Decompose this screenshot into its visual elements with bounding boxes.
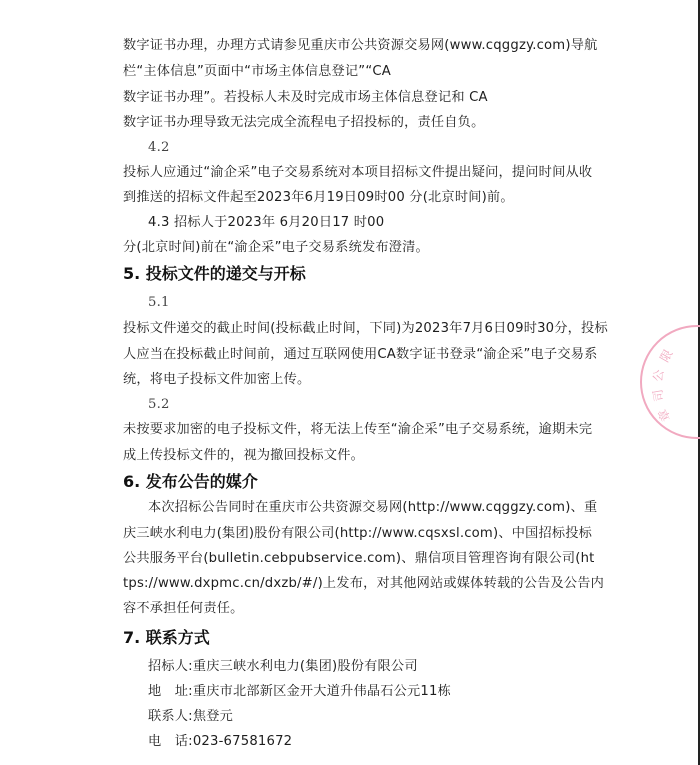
company-seal-stamp: 限 公 司 章 xyxy=(640,325,700,439)
stamp-char: 司 xyxy=(649,388,668,403)
stamp-char: 公 xyxy=(649,368,668,383)
contact-tenderer: 招标人:重庆三峡水利电力(集团)股份有限公司 xyxy=(148,657,418,677)
body-line: 分(北京时间)前在“渝企采”电子交易系统发布澄清。 xyxy=(123,238,429,258)
contact-label: 地 址: xyxy=(148,684,193,699)
body-line: 人应当在投标截止时间前，通过互联网使用CA数字证书登录“渝企采”电子交易系 xyxy=(123,345,597,365)
contact-person: 联系人:焦登元 xyxy=(148,707,233,727)
section-heading-5: 5. 投标文件的递交与开标 xyxy=(123,263,306,285)
contact-value: 重庆市北部新区金开大道升伟晶石公元11栋 xyxy=(193,684,451,699)
clause-number: 5.2 xyxy=(148,395,170,415)
contact-value: 重庆三峡水利电力(集团)股份有限公司 xyxy=(193,659,418,674)
clause-number: 5.1 xyxy=(148,293,170,313)
body-line: 数字证书办理导致无法完成全流程电子招投标的，责任自负。 xyxy=(123,113,484,133)
section-heading-7: 7. 联系方式 xyxy=(123,627,210,649)
body-line: 数字证书办理”。若投标人未及时完成市场主体信息登记和 CA xyxy=(123,88,488,108)
body-line: 4.3 招标人于2023年 6月20日17 时00 xyxy=(148,213,384,233)
clause-number: 4.2 xyxy=(148,138,170,158)
contact-address: 地 址:重庆市北部新区金开大道升伟晶石公元11栋 xyxy=(148,682,451,702)
contact-value: 焦登元 xyxy=(193,709,233,724)
body-line: 未按要求加密的电子投标文件，将无法上传至“渝企采”电子交易系统，逾期未完 xyxy=(123,420,592,440)
stamp-char: 限 xyxy=(656,346,677,365)
body-line: 到推送的招标文件起至2023年6月19日09时00 分(北京时间)前。 xyxy=(123,188,514,208)
body-line: 统，将电子投标文件加密上传。 xyxy=(123,370,310,390)
body-line: 本次招标公告同时在重庆市公共资源交易网(http://www.cqggzy.co… xyxy=(148,498,597,518)
document-page: 数字证书办理，办理方式请参见重庆市公共资源交易网(www.cqggzy.com)… xyxy=(0,0,700,765)
body-line: 投标文件递交的截止时间(投标截止时间，下同)为2023年7月6日09时30分，投… xyxy=(123,319,608,339)
body-line: 庆三峡水利电力(集团)股份有限公司(http://www.cqsxsl.com)… xyxy=(123,524,592,544)
contact-label: 电 话: xyxy=(148,734,193,749)
contact-value: 023-67581672 xyxy=(193,734,292,749)
body-line: 数字证书办理，办理方式请参见重庆市公共资源交易网(www.cqggzy.com)… xyxy=(123,36,597,56)
body-line: 成上传投标文件的，视为撤回投标文件。 xyxy=(123,446,364,466)
contact-label: 招标人: xyxy=(148,659,193,674)
body-line: 公共服务平台(bulletin.cebpubservice.com)、鼎信项目管… xyxy=(123,549,595,569)
body-line: 投标人应通过“渝企采”电子交易系统对本项目招标文件提出疑问，提问时间从收 xyxy=(123,163,592,183)
section-heading-6: 6. 发布公告的媒介 xyxy=(123,471,258,493)
stamp-char: 章 xyxy=(654,406,674,424)
body-line: 容不承担任何责任。 xyxy=(123,599,244,619)
contact-label: 联系人: xyxy=(148,709,193,724)
contact-phone: 电 话:023-67581672 xyxy=(148,732,292,752)
body-line: 栏“主体信息”页面中“市场主体信息登记”“CA xyxy=(123,62,391,82)
body-line: tps://www.dxpmc.cn/dxzb/#/)上发布，对其他网站或媒体转… xyxy=(123,574,604,594)
